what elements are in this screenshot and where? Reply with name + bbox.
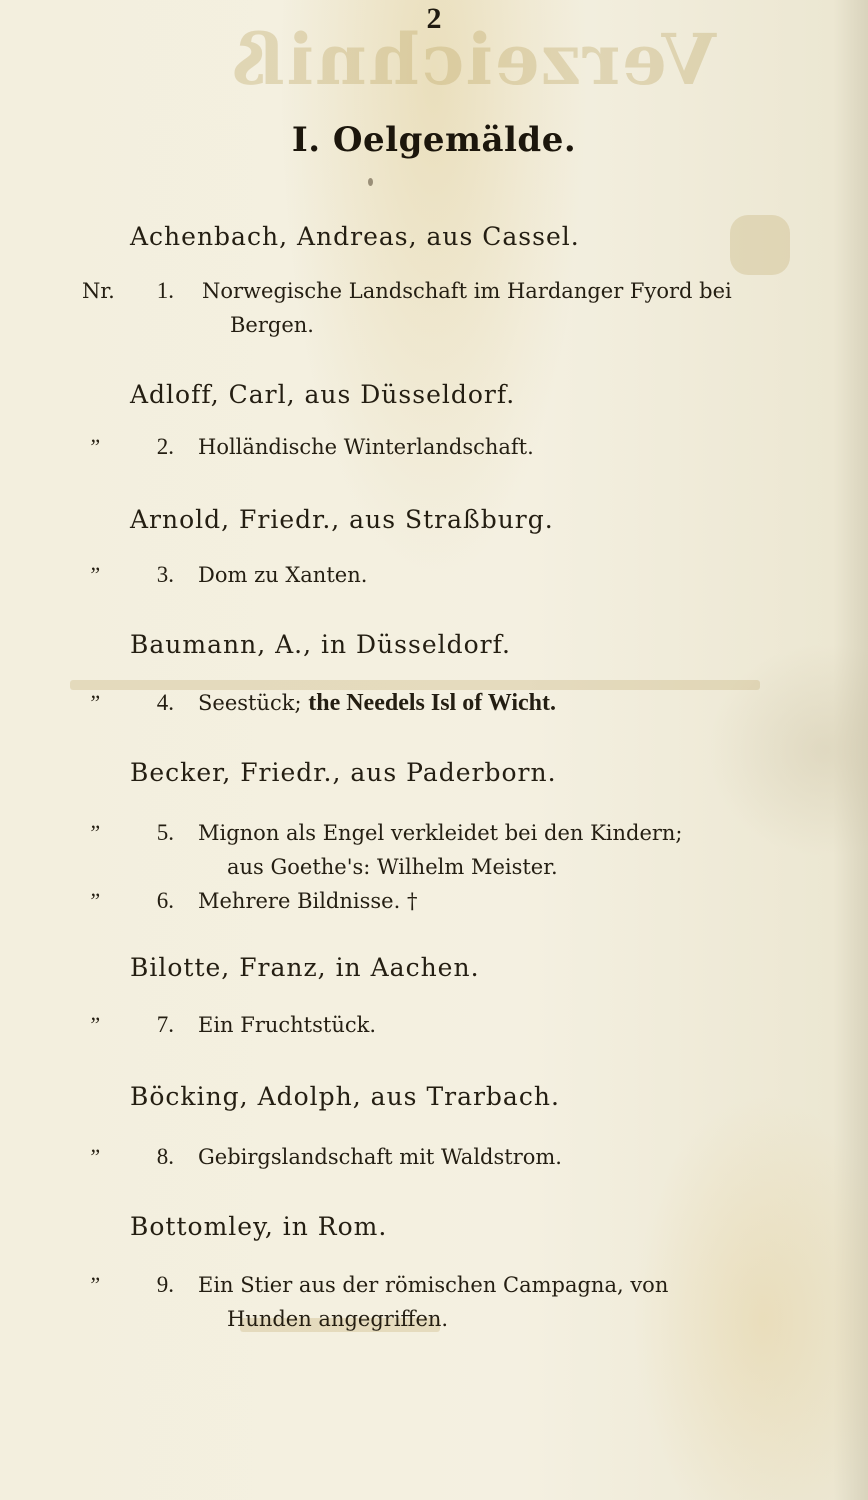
entry-number: 5.: [148, 816, 174, 850]
paper-stain: [730, 215, 790, 275]
entry-title-continuation: Hunden angegriffen.: [82, 1302, 668, 1336]
catalogue-entry: ”5.Mignon als Engel verkleidet bei den K…: [82, 816, 683, 884]
artist-heading: Böcking, Adolph, aus Trarbach.: [130, 1082, 560, 1111]
entry-number: 9.: [148, 1268, 174, 1302]
entry-title: Holländische Winterlandschaft.: [198, 435, 534, 459]
artist-heading: Arnold, Friedr., aus Straßburg.: [130, 505, 554, 534]
catalogue-entry: ”8.Gebirgslandschaft mit Waldstrom.: [82, 1140, 562, 1174]
catalogue-entry: ”3.Dom zu Xanten.: [82, 558, 367, 592]
ditto-mark: ”: [82, 430, 148, 464]
entry-title-german: Seestück;: [198, 691, 302, 715]
entry-prefix: Nr.: [82, 274, 142, 308]
entry-title-continuation: Bergen.: [82, 308, 732, 342]
ditto-mark: ”: [82, 1140, 148, 1174]
catalogue-entry: ”7.Ein Fruchtstück.: [82, 1008, 376, 1042]
entry-number: 4.: [148, 686, 174, 720]
entry-number: 6.: [148, 884, 174, 918]
artist-heading: Becker, Friedr., aus Paderborn.: [130, 758, 557, 787]
artist-heading: Baumann, A., in Düsseldorf.: [130, 630, 511, 659]
book-page: Verzeichniß 2 I. Oelgemälde. Achenbach, …: [0, 0, 868, 1500]
artist-heading: Bottomley, in Rom.: [130, 1212, 387, 1241]
catalogue-entry: Nr.1.Norwegische Landschaft im Hardanger…: [82, 274, 732, 342]
entry-title: Ein Stier aus der römischen Campagna, vo…: [198, 1273, 668, 1297]
page-number: 2: [0, 2, 868, 36]
ditto-mark: ”: [82, 558, 148, 592]
entry-title: Norwegische Landschaft im Hardanger Fyor…: [202, 279, 732, 303]
artist-heading: Achenbach, Andreas, aus Cassel.: [130, 222, 580, 251]
ditto-mark: ”: [82, 686, 148, 720]
entry-title: Mehrere Bildnisse. †: [198, 889, 417, 913]
entry-number: 8.: [148, 1140, 174, 1174]
entry-number: 2.: [148, 430, 174, 464]
entry-number: 1.: [142, 274, 174, 308]
entry-title-latin: the Needels Isl of Wicht.: [308, 690, 556, 716]
catalogue-entry: ”4.Seestück; the Needels Isl of Wicht.: [82, 686, 556, 720]
entry-number: 3.: [148, 558, 174, 592]
catalogue-entry: ”6.Mehrere Bildnisse. †: [82, 884, 417, 918]
ditto-mark: ”: [82, 816, 148, 850]
ditto-mark: ”: [82, 1268, 148, 1302]
section-title: I. Oelgemälde.: [0, 120, 868, 160]
entry-title-continuation: aus Goethe's: Wilhelm Meister.: [82, 850, 683, 884]
entry-number: 7.: [148, 1008, 174, 1042]
ditto-mark: ”: [82, 1008, 148, 1042]
catalogue-entry: ”9.Ein Stier aus der römischen Campagna,…: [82, 1268, 668, 1336]
artist-heading: Bilotte, Franz, in Aachen.: [130, 953, 480, 982]
entry-title: Mignon als Engel verkleidet bei den Kind…: [198, 821, 683, 845]
artist-heading: Adloff, Carl, aus Düsseldorf.: [130, 380, 515, 409]
ornament-dot: [368, 178, 373, 186]
catalogue-entry: ”2.Holländische Winterlandschaft.: [82, 430, 534, 464]
ditto-mark: ”: [82, 884, 148, 918]
entry-title: Dom zu Xanten.: [198, 563, 367, 587]
entry-title: Gebirgslandschaft mit Waldstrom.: [198, 1145, 562, 1169]
entry-title: Ein Fruchtstück.: [198, 1013, 376, 1037]
